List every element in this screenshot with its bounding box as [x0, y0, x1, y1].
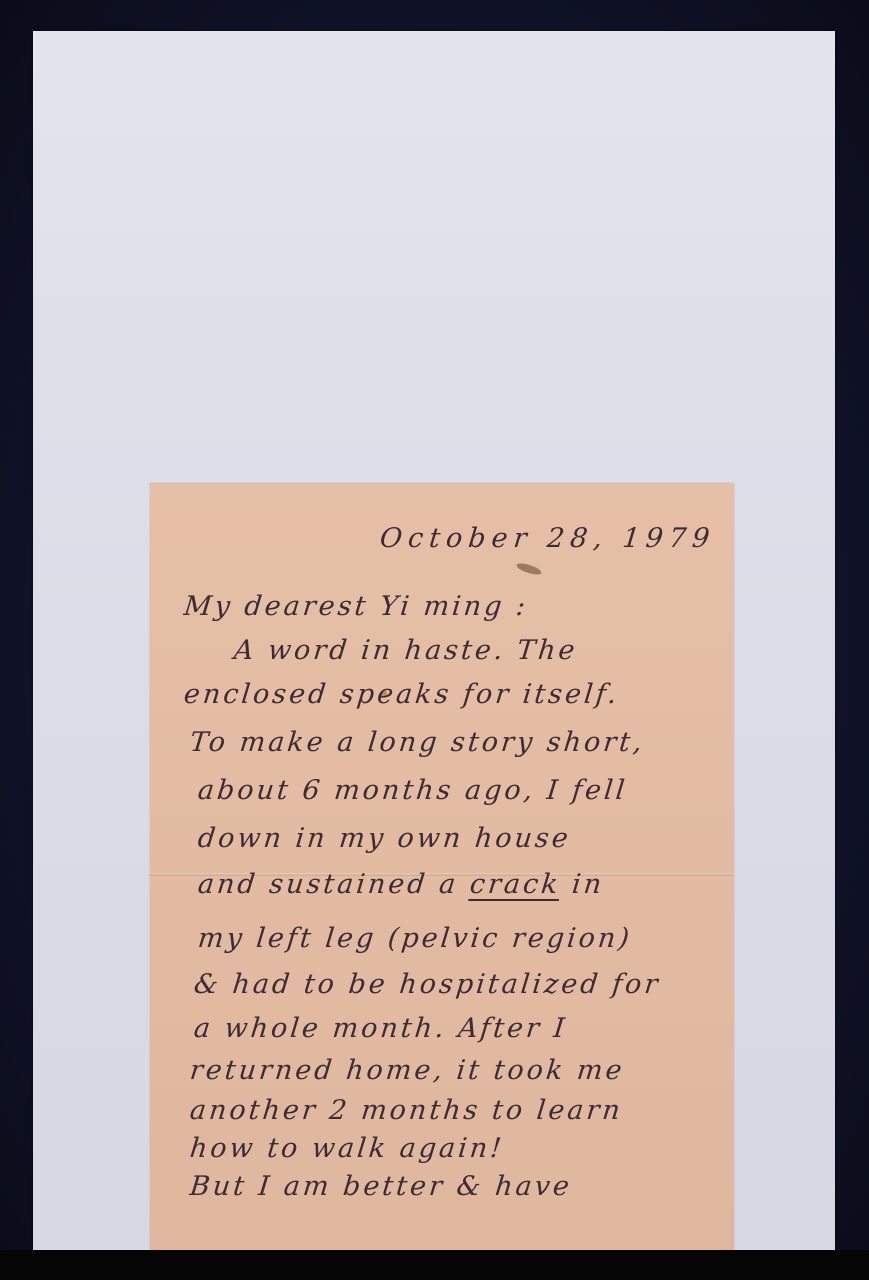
- scan-bottom-edge: [0, 1250, 869, 1280]
- ink-smudge: [515, 561, 542, 577]
- letter-line: A word in haste. The: [232, 635, 579, 666]
- letter-line-text: in: [571, 869, 606, 900]
- letter-line: But I am better & have: [188, 1171, 573, 1202]
- letter-line: enclosed speaks for itself.: [182, 679, 621, 710]
- letter-line: about 6 months ago, I fell: [196, 775, 629, 806]
- letter-line: a whole month. After I: [192, 1013, 569, 1044]
- letter-salutation: My dearest Yi ming :: [182, 591, 529, 622]
- letter-line: another 2 months to learn: [188, 1095, 624, 1126]
- letter-line: To make a long story short,: [188, 727, 646, 758]
- letter-line: how to walk again!: [188, 1133, 505, 1164]
- letter-line: my left leg (pelvic region): [196, 923, 633, 954]
- letter-line: down in my own house: [196, 823, 572, 854]
- handwritten-letter: October 28, 1979 My dearest Yi ming : A …: [150, 483, 734, 1250]
- letter-date: October 28, 1979: [378, 523, 717, 554]
- letter-line-text: and sustained a: [196, 869, 460, 900]
- letter-line: & had to be hospitalized for: [192, 969, 662, 1000]
- underlined-word: crack: [468, 869, 562, 900]
- letter-line-with-emphasis: and sustained a crack in: [196, 869, 605, 900]
- letter-line: returned home, it took me: [188, 1055, 626, 1086]
